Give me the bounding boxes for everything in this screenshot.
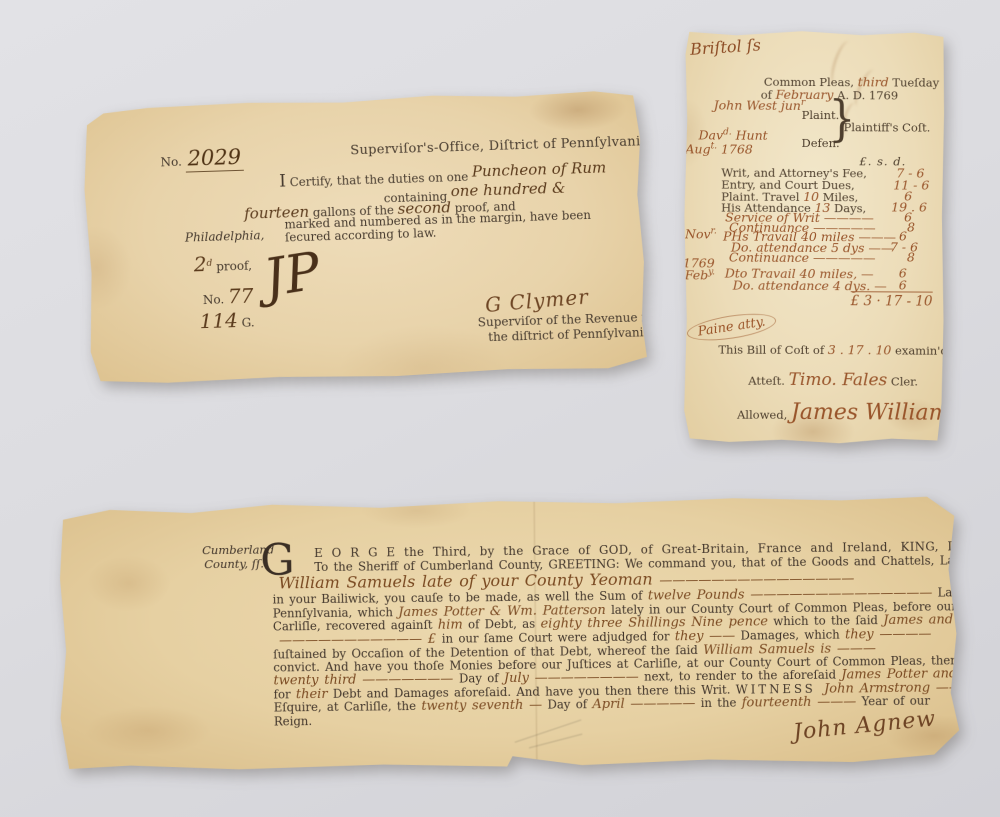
agnew-signature: John Agnew xyxy=(792,706,937,745)
margin-nov: Novr. xyxy=(685,226,717,241)
text-segment: Continuance ————— xyxy=(729,250,876,266)
text-segment: in the xyxy=(695,696,742,710)
certificate-number-line: No. 2029 xyxy=(160,145,243,172)
text-segment: Lawful Money of xyxy=(932,584,1000,599)
williams-signature: James Williams xyxy=(791,400,961,426)
text-segment: y. xyxy=(708,268,715,278)
allowed-line: Allowed, James Williams xyxy=(737,400,961,426)
certificate-number: 2029 xyxy=(185,145,243,173)
text-segment: which to the ſaid xyxy=(768,613,883,628)
margin-feb: Feby. xyxy=(685,267,715,282)
docket-county: Briſtol ſs xyxy=(689,35,761,59)
text-segment: r. xyxy=(711,227,717,237)
text-segment: Damages, which xyxy=(735,627,845,642)
text-segment: James and William xyxy=(883,612,1000,628)
photo-background: No. 2029 Superviſor's-Office, Diſtrict o… xyxy=(0,0,1000,817)
inspector-monogram: JP xyxy=(261,245,324,305)
text-segment: examin'd xyxy=(891,343,947,357)
text-segment: G. xyxy=(238,315,255,330)
text-segment: Aug xyxy=(685,141,710,156)
text-segment: April ————— xyxy=(592,696,695,712)
attest-line: Atteſt. Timo. Fales Cler. xyxy=(748,370,918,391)
text-segment: Timo. Fales xyxy=(789,370,888,391)
attorney-note: Paine atty. xyxy=(686,315,776,338)
cost-row: Continuance ————— xyxy=(729,250,876,266)
text-segment: This Bill of Coſt of xyxy=(718,343,827,358)
plaintiff-name: John West junr xyxy=(714,97,806,112)
text-segment: Cler. xyxy=(887,374,918,388)
plaintiffs-cost-label: Plaintiff's Coſt. xyxy=(844,120,931,134)
allowed-label: Allowed, xyxy=(737,408,787,422)
rum-certificate-paper: No. 2029 Superviſor's-Office, Diſtrict o… xyxy=(81,88,648,385)
defendant-name: Davd. Hunt xyxy=(698,127,767,142)
text-segment: Dav xyxy=(698,127,723,142)
text-segment: of Debt, as xyxy=(463,617,541,632)
text-segment: Year of our xyxy=(856,694,930,709)
text-segment: Day of xyxy=(542,697,592,712)
cost-total: £ 3 · 17 - 10 xyxy=(851,291,933,309)
text-segment: him xyxy=(438,617,463,632)
text-segment: 2 xyxy=(193,252,206,276)
text-segment: 114 xyxy=(199,308,238,333)
office-heading: Superviſor's-Office, Diſtrict of Pennſyl… xyxy=(350,134,653,159)
text-segment: Feb xyxy=(685,267,708,282)
text-segment: fourteenth ——— xyxy=(742,694,857,710)
writ-line-13: Reign. xyxy=(274,714,312,728)
text-segment: 1768 xyxy=(717,141,753,156)
cost-value: 8 xyxy=(907,219,915,234)
gallons-margin-line: 114 G. xyxy=(199,307,255,333)
party-brace: } xyxy=(828,95,855,143)
attorney-note-text: Paine atty. xyxy=(685,309,778,345)
text-segment: Hunt xyxy=(732,128,768,143)
cost-value: 6 xyxy=(899,277,907,292)
document-bill-of-costs: Briſtol ſs Common Pleas, third Tueſday o… xyxy=(682,29,946,444)
text-segment: Day of xyxy=(459,671,504,685)
cask-number-line: No. 77 xyxy=(202,284,253,310)
county-margin-2: County, ſſ. xyxy=(204,557,264,572)
text-segment: twenty seventh — xyxy=(421,698,542,714)
text-segment: Atteſt. xyxy=(748,374,788,388)
text-segment: 3 . 17 . 10 xyxy=(828,342,892,357)
text-segment: 77 xyxy=(228,284,254,309)
text-segment: No. xyxy=(203,292,229,307)
bill-examined-line: This Bill of Coſt of 3 . 17 . 10 examin'… xyxy=(718,342,947,358)
text-segment: John West jun xyxy=(714,97,801,112)
bill-of-costs-paper: Briſtol ſs Common Pleas, third Tueſday o… xyxy=(682,29,946,444)
text-segment: r xyxy=(801,98,805,108)
text-segment: d. xyxy=(723,128,732,138)
text-segment: they ———— xyxy=(845,627,932,643)
cost-value: 8 xyxy=(907,249,915,264)
no-label: No. xyxy=(160,155,182,170)
text-segment: proof, xyxy=(212,259,252,274)
document-rum-certificate: No. 2029 Superviſor's-Office, Diſtrict o… xyxy=(81,88,648,385)
text-segment: Nov xyxy=(685,226,711,241)
writ-paper: Cumberland County, ſſ. G E O R G E the T… xyxy=(56,494,962,771)
place-line: Philadelphia, xyxy=(185,228,265,244)
document-writ: Cumberland County, ſſ. G E O R G E the T… xyxy=(56,494,962,771)
margin-aug-1768: Augt. 1768 xyxy=(685,141,752,156)
proof-margin-line: 2d proof, xyxy=(193,251,252,277)
pencil-scribble xyxy=(515,719,582,742)
text-segment: Puncheon of Rum xyxy=(472,158,607,180)
text-segment: Eſquire, at Carliſle, the xyxy=(274,699,422,715)
text-segment: Reign. xyxy=(274,714,312,728)
